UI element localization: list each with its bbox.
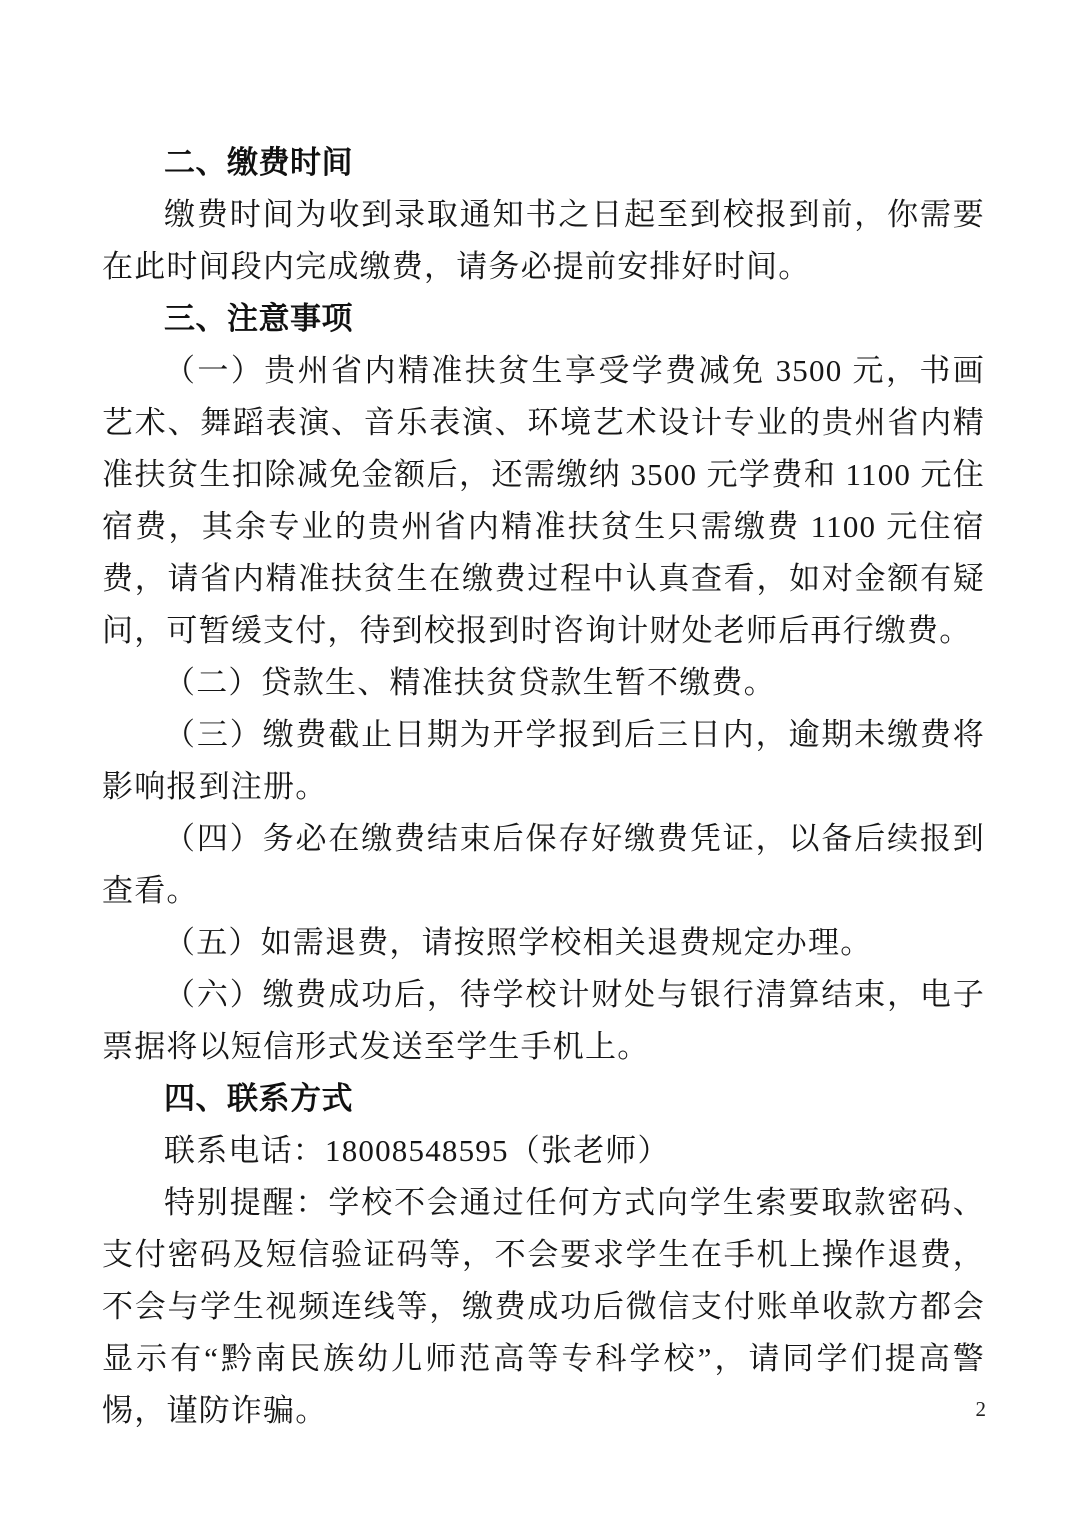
page-number: 2 <box>976 1396 987 1422</box>
paragraph-special-reminder: 特别提醒：学校不会通过任何方式向学生索要取款密码、支付密码及短信验证码等，不会要… <box>102 1177 985 1437</box>
section-heading-contact: 四、联系方式 <box>102 1073 985 1125</box>
paragraph-payment-time: 缴费时间为收到录取通知书之日起至到校报到前，你需要在此时间段内完成缴费，请务必提… <box>102 189 985 293</box>
document-page: 二、缴费时间 缴费时间为收到录取通知书之日起至到校报到前，你需要在此时间段内完成… <box>0 0 1074 1520</box>
paragraph-note-1: （一）贵州省内精准扶贫生享受学费减免 3500 元，书画艺术、舞蹈表演、音乐表演… <box>102 345 985 657</box>
section-heading-payment-time: 二、缴费时间 <box>102 137 985 189</box>
paragraph-note-5: （五）如需退费，请按照学校相关退费规定办理。 <box>102 917 985 969</box>
paragraph-note-6: （六）缴费成功后，待学校计财处与银行清算结束，电子票据将以短信形式发送至学生手机… <box>102 969 985 1073</box>
section-heading-notes: 三、注意事项 <box>102 293 985 345</box>
paragraph-note-2: （二）贷款生、精准扶贫贷款生暂不缴费。 <box>102 657 985 709</box>
paragraph-note-4: （四）务必在缴费结束后保存好缴费凭证，以备后续报到查看。 <box>102 813 985 917</box>
document-content: 二、缴费时间 缴费时间为收到录取通知书之日起至到校报到前，你需要在此时间段内完成… <box>102 137 985 1437</box>
paragraph-contact-phone: 联系电话：18008548595（张老师） <box>102 1125 985 1177</box>
paragraph-note-3: （三）缴费截止日期为开学报到后三日内，逾期未缴费将影响报到注册。 <box>102 709 985 813</box>
